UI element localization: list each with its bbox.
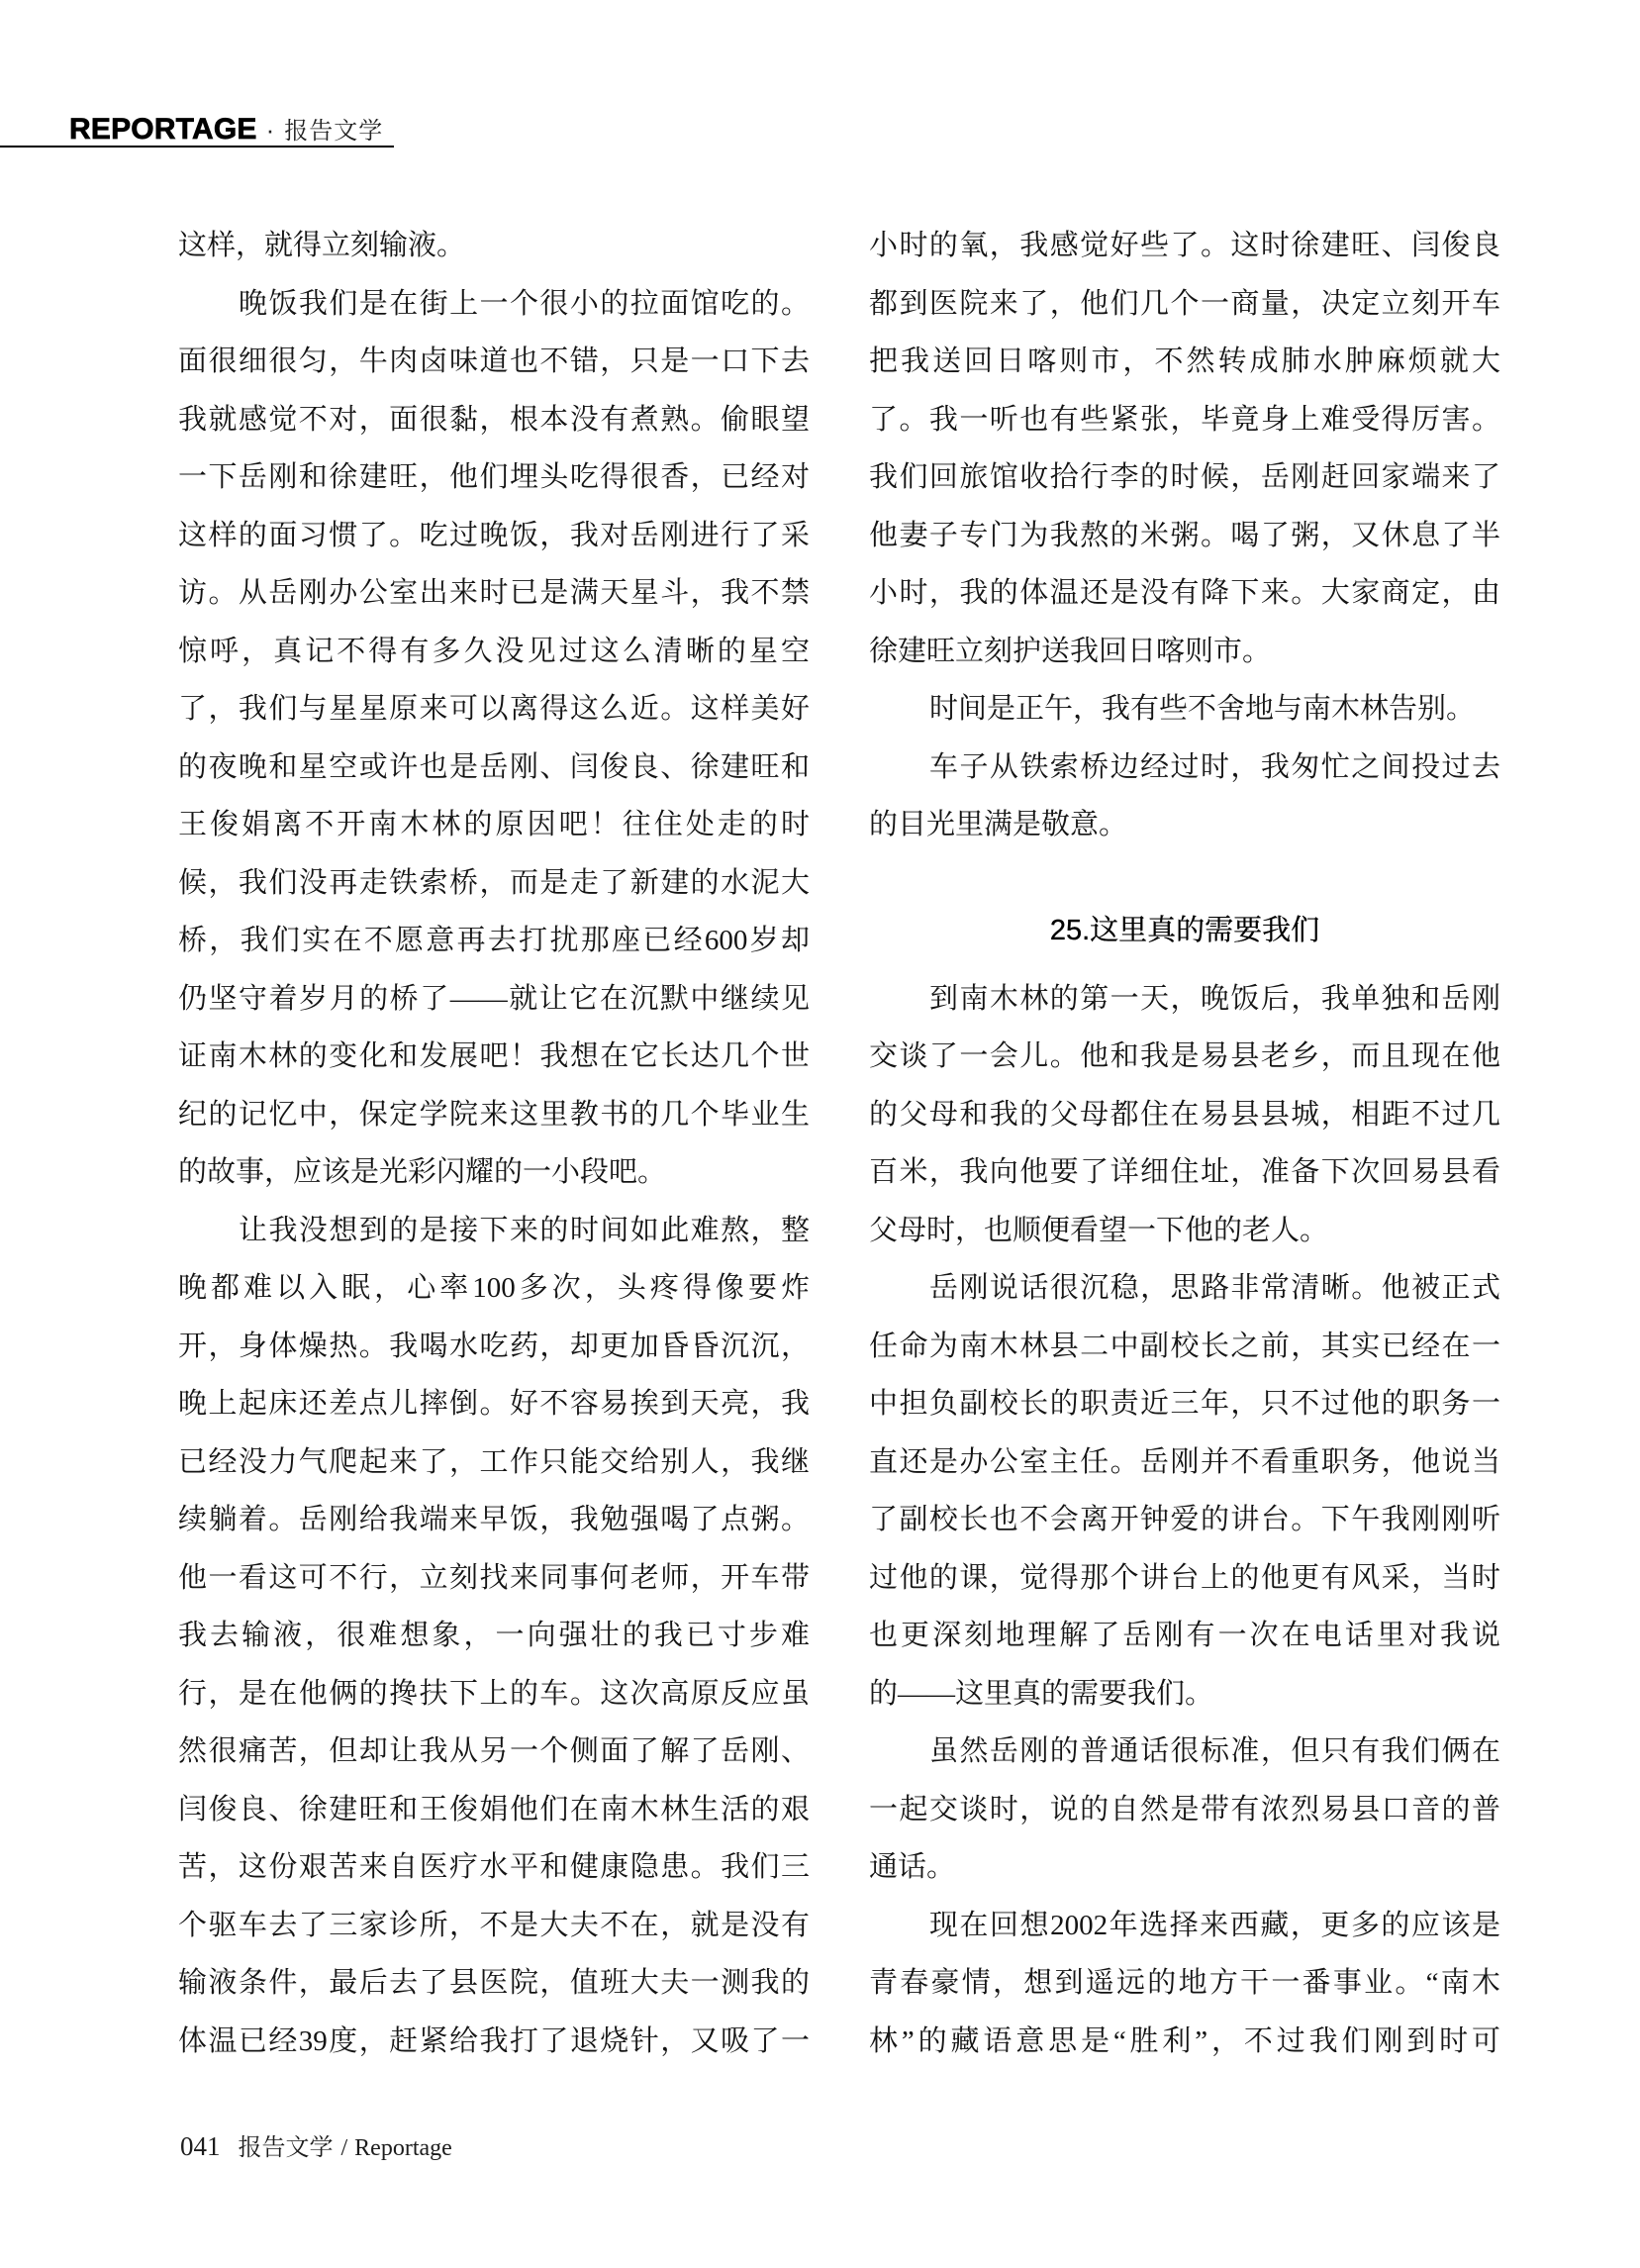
text-line: 也更深刻地理解了岳刚有一次在电话里对我说: [869, 1607, 1500, 1665]
text-line: 的目光里满是敬意。: [869, 796, 1500, 854]
text-line: 岳刚说话很沉稳，思路非常清晰。他被正式: [869, 1259, 1500, 1318]
header-separator: ·: [266, 115, 275, 145]
text-line: 都到医院来了，他们几个一商量，决定立刻开车: [869, 275, 1500, 334]
text-line: 闫俊良、徐建旺和王俊娟他们在南木林生活的艰: [178, 1781, 810, 1839]
text-line: 王俊娟离不开南木林的原因吧！往住处走的时: [178, 796, 810, 854]
text-line: 访。从岳刚办公室出来时已是满天星斗，我不禁: [178, 564, 810, 623]
text-line: 让我没想到的是接下来的时间如此难熬，整: [178, 1202, 810, 1260]
text-line: 体温已经39度，赶紧给我打了退烧针，又吸了一: [178, 2013, 810, 2071]
text-line: 这样的面习惯了。吃过晚饭，我对岳刚进行了采: [178, 507, 810, 565]
text-line: 我们回旅馆收拾行李的时候，岳刚赶回家端来了: [869, 448, 1500, 507]
text-line: 现在回想2002年选择来西藏，更多的应该是: [869, 1897, 1500, 1955]
text-line: 我就感觉不对，面很黏，根本没有煮熟。偷眼望: [178, 391, 810, 449]
right-column-upper: 小时的氧，我感觉好些了。这时徐建旺、闫俊良 都到医院来了，他们几个一商量，决定立…: [869, 217, 1500, 854]
text-line: 我去输液，很难想象，一向强壮的我已寸步难: [178, 1607, 810, 1665]
text-line: 青春豪情，想到遥远的地方干一番事业。“南木: [869, 1954, 1500, 2013]
text-line: 小时的氧，我感觉好些了。这时徐建旺、闫俊良: [869, 217, 1500, 275]
text-line: 然很痛苦，但却让我从另一个侧面了解了岳刚、: [178, 1723, 810, 1781]
text-line: 苦，这份艰苦来自医疗水平和健康隐患。我们三: [178, 1838, 810, 1897]
text-line: 行，是在他俩的搀扶下上的车。这次高原反应虽: [178, 1665, 810, 1724]
page-footer: 041报告文学/Reportage: [180, 2131, 452, 2161]
header-section-label: 报告文学: [284, 117, 383, 145]
text-line: 这样，就得立刻输液。: [178, 217, 810, 275]
text-line: 的父母和我的父母都住在易县县城，相距不过几: [869, 1086, 1500, 1144]
text-line: 把我送回日喀则市，不然转成肺水肿麻烦就大: [869, 333, 1500, 391]
text-line: 车子从铁索桥边经过时，我匆忙之间投过去: [869, 739, 1500, 797]
text-line: 虽然岳刚的普通话很标准，但只有我们俩在: [869, 1723, 1500, 1781]
text-line: 百米，我向他要了详细住址，准备下次回易县看: [869, 1143, 1500, 1202]
running-header: REPORTAGE·报告文学: [69, 115, 383, 145]
text-line: 交谈了一会儿。他和我是易县老乡，而且现在他: [869, 1028, 1500, 1086]
text-line: 开，身体燥热。我喝水吃药，却更加昏昏沉沉，: [178, 1318, 810, 1376]
text-line: 晚上起床还差点儿摔倒。好不容易挨到天亮，我: [178, 1375, 810, 1433]
footer-slash: /: [341, 2135, 348, 2161]
text-line: 直还是办公室主任。岳刚并不看重职务，他说当: [869, 1433, 1500, 1492]
text-line: 通话。: [869, 1838, 1500, 1897]
text-line: 中担负副校长的职责近三年，只不过他的职务一: [869, 1375, 1500, 1433]
text-line: 一下岳刚和徐建旺，他们埋头吃得很香，已经对: [178, 448, 810, 507]
footer-journal-cn: 报告文学: [239, 2135, 334, 2161]
text-line: 了副校长也不会离开钟爱的讲台。下午我刚刚听: [869, 1491, 1500, 1549]
magazine-brand: REPORTAGE: [69, 113, 257, 146]
text-line: 仍坚守着岁月的桥了——就让它在沉默中继续见: [178, 970, 810, 1029]
text-line: 父母时，也顺便看望一下他的老人。: [869, 1202, 1500, 1260]
text-line: 晚饭我们是在街上一个很小的拉面馆吃的。: [178, 275, 810, 334]
header-rule: [0, 146, 394, 148]
text-line: 纪的记忆中，保定学院来这里教书的几个毕业生: [178, 1086, 810, 1144]
text-line: 输液条件，最后去了县医院，值班大夫一测我的: [178, 1954, 810, 2013]
text-line: 他妻子专门为我熬的米粥。喝了粥，又休息了半: [869, 507, 1500, 565]
text-line: 候，我们没再走铁索桥，而是走了新建的水泥大: [178, 854, 810, 913]
text-line: 的——这里真的需要我们。: [869, 1665, 1500, 1724]
section-heading: 25.这里真的需要我们: [869, 911, 1500, 950]
text-line: 续躺着。岳刚给我端来早饭，我勉强喝了点粥。: [178, 1491, 810, 1549]
page-number: 041: [180, 2131, 221, 2161]
left-column: 这样，就得立刻输液。 晚饭我们是在街上一个很小的拉面馆吃的。 面很细很匀，牛肉卤…: [178, 217, 810, 2070]
text-line: 个驱车去了三家诊所，不是大夫不在，就是没有: [178, 1897, 810, 1955]
text-line: 的夜晚和星空或许也是岳刚、闫俊良、徐建旺和: [178, 739, 810, 797]
text-line: 证南木林的变化和发展吧！我想在它长达几个世: [178, 1028, 810, 1086]
text-line: 到南木林的第一天，晚饭后，我单独和岳刚: [869, 970, 1500, 1029]
text-line: 过他的课，觉得那个讲台上的他更有风采，当时: [869, 1549, 1500, 1608]
text-line: 面很细很匀，牛肉卤味道也不错，只是一口下去: [178, 333, 810, 391]
right-column-lower: 到南木林的第一天，晚饭后，我单独和岳刚 交谈了一会儿。他和我是易县老乡，而且现在…: [869, 970, 1500, 2071]
text-line: 桥，我们实在不愿意再去打扰那座已经600岁却: [178, 912, 810, 970]
text-line: 的故事，应该是光彩闪耀的一小段吧。: [178, 1143, 810, 1202]
text-line: 林”的藏语意思是“胜利”，不过我们刚到时可: [869, 2013, 1500, 2071]
text-line: 任命为南木林县二中副校长之前，其实已经在一: [869, 1318, 1500, 1376]
text-line: 了。我一听也有些紧张，毕竟身上难受得厉害。: [869, 391, 1500, 449]
text-line: 一起交谈时，说的自然是带有浓烈易县口音的普: [869, 1781, 1500, 1839]
text-line: 已经没力气爬起来了，工作只能交给别人，我继: [178, 1433, 810, 1492]
text-line: 晚都难以入眠，心率100多次，头疼得像要炸: [178, 1259, 810, 1318]
text-line: 惊呼，真记不得有多久没见过这么清晰的星空: [178, 623, 810, 681]
text-line: 时间是正午，我有些不舍地与南木林告别。: [869, 680, 1500, 739]
text-line: 徐建旺立刻护送我回日喀则市。: [869, 623, 1500, 681]
text-line: 他一看这可不行，立刻找来同事何老师，开车带: [178, 1549, 810, 1608]
text-line: 了，我们与星星原来可以离得这么近。这样美好: [178, 680, 810, 739]
text-line: 小时，我的体温还是没有降下来。大家商定，由: [869, 564, 1500, 623]
footer-journal-en: Reportage: [354, 2135, 452, 2161]
